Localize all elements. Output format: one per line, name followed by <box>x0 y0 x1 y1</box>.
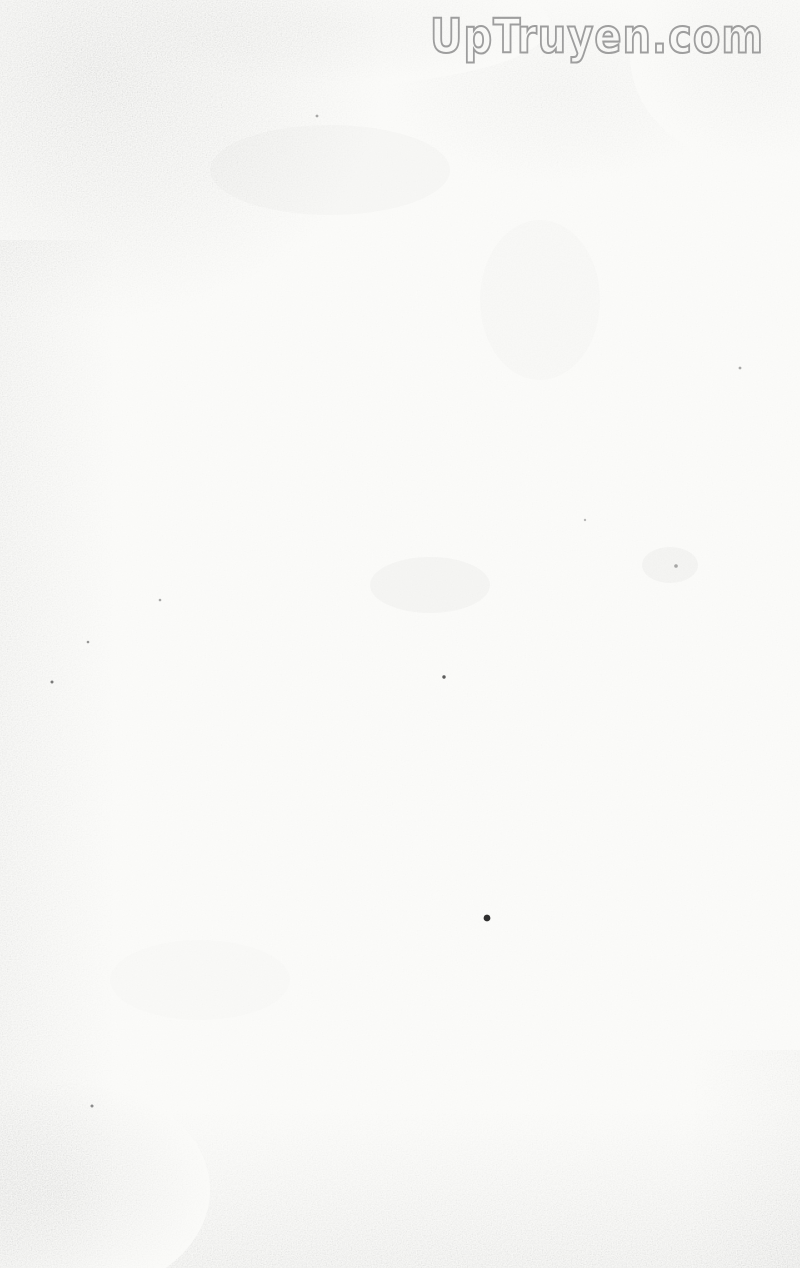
paper-grain-texture <box>0 0 800 1268</box>
scanned-blank-page: UpTruyen.com <box>0 0 800 1268</box>
watermark-text: UpTruyen.com <box>430 10 764 64</box>
ink-specks <box>51 115 742 1108</box>
paper-stains <box>110 125 698 1020</box>
